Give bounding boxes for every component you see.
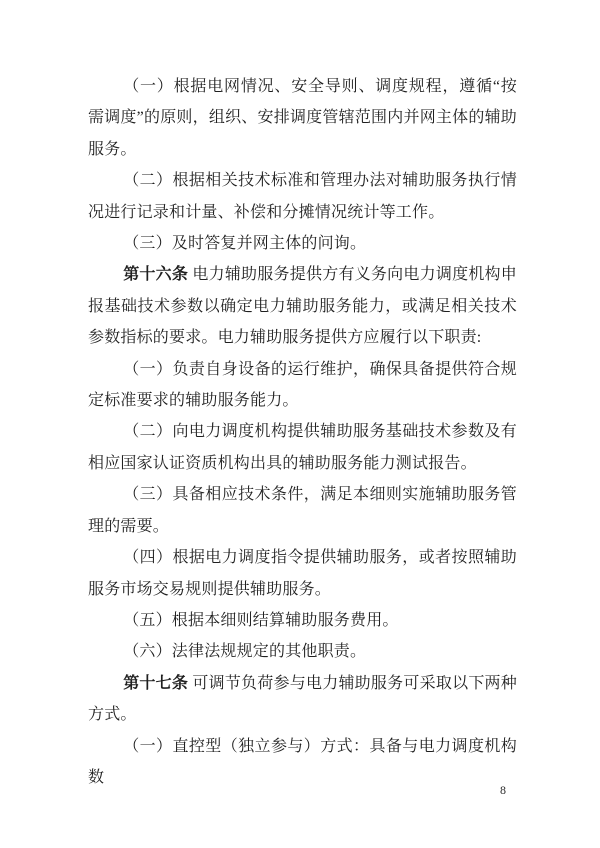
paragraph: （一）根据电网情况、安全导则、调度规程，遵循“按需调度”的原则，组织、安排调度管… xyxy=(88,71,517,165)
document-page: （一）根据电网情况、安全导则、调度规程，遵循“按需调度”的原则，组织、安排调度管… xyxy=(0,0,600,848)
page-number: 8 xyxy=(500,783,506,797)
document-body: （一）根据电网情况、安全导则、调度规程，遵循“按需调度”的原则，组织、安排调度管… xyxy=(88,71,517,793)
paragraph: （四）根据电力调度指令提供辅助服务，或者按照辅助服务市场交易规则提供辅助服务。 xyxy=(88,542,517,605)
paragraph: （一）直控型（独立参与）方式：具备与电力调度机构数 xyxy=(88,731,517,794)
paragraph: （三）具备相应技术条件，满足本细则实施辅助服务管理的需要。 xyxy=(88,479,517,542)
paragraph: （二）向电力调度机构提供辅助服务基础技术参数及有相应国家认证资质机构出具的辅助服… xyxy=(88,416,517,479)
paragraph: （五）根据本细则结算辅助服务费用。 xyxy=(88,605,517,636)
paragraph: （三）及时答复并网主体的问询。 xyxy=(88,228,517,259)
paragraph: 第十七条 可调节负荷参与电力辅助服务可采取以下两种方式。 xyxy=(88,668,517,731)
paragraph: （六）法律法规规定的其他职责。 xyxy=(88,636,517,667)
article-heading: 第十七条 xyxy=(123,675,188,692)
paragraph: 第十六条 电力辅助服务提供方有义务向电力调度机构申报基础技术参数以确定电力辅助服… xyxy=(88,259,517,353)
paragraph: （一）负责自身设备的运行维护，确保具备提供符合规定标准要求的辅助服务能力。 xyxy=(88,354,517,417)
article-heading: 第十六条 xyxy=(123,266,188,283)
paragraph: （二）根据相关技术标准和管理办法对辅助服务执行情况进行记录和计量、补偿和分摊情况… xyxy=(88,165,517,228)
